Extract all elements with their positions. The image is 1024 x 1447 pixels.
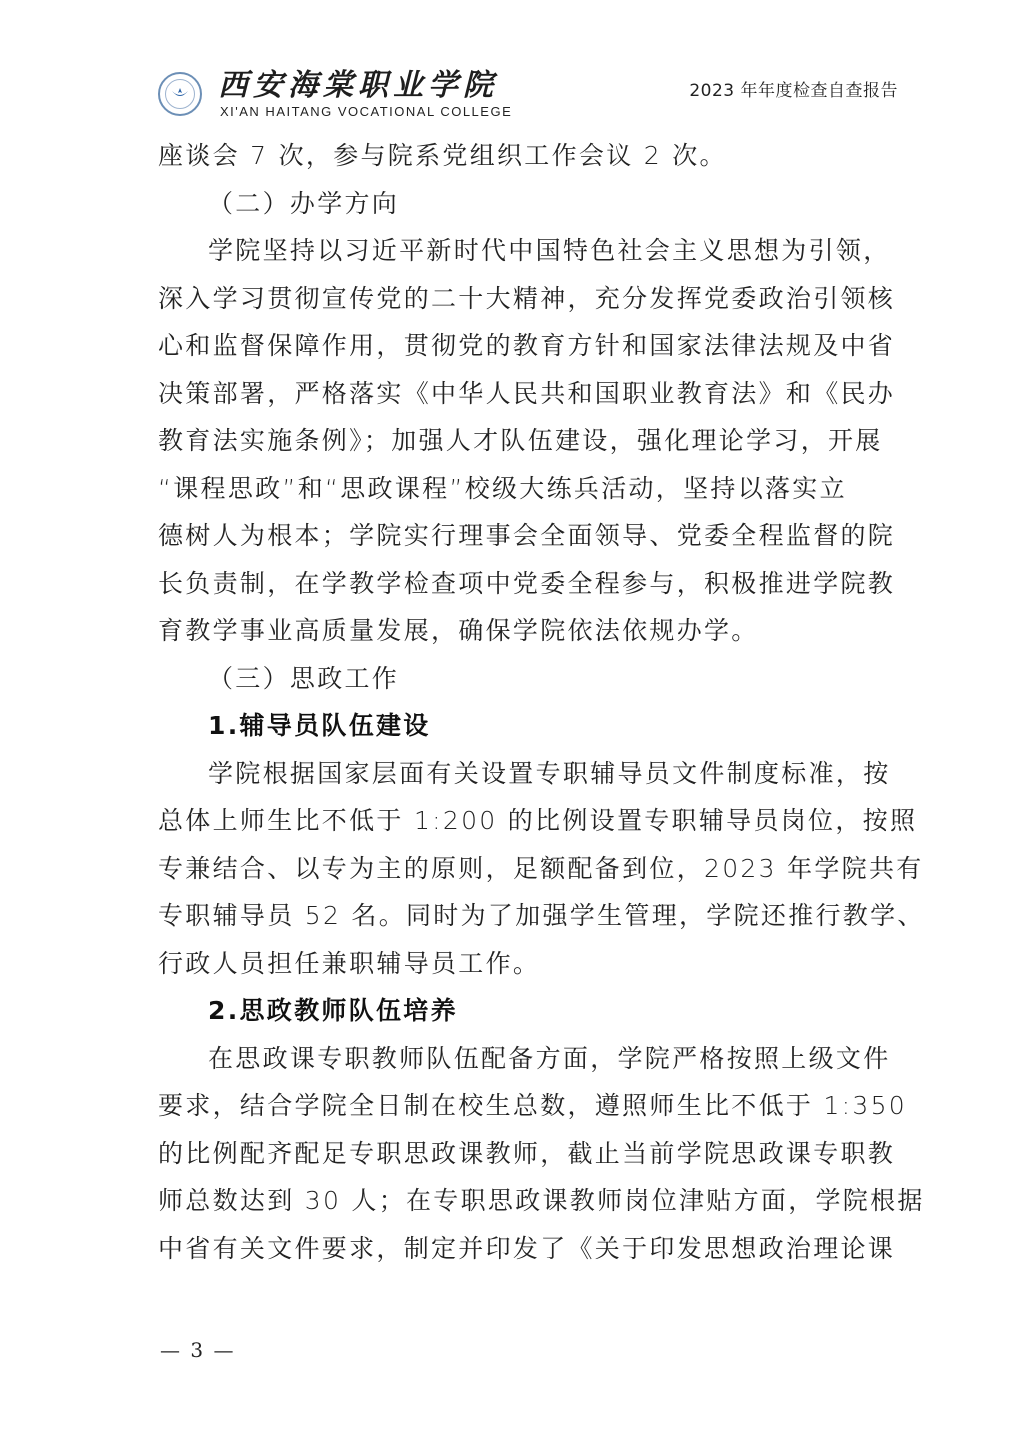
document-body: 座谈会 7 次，参与院系党组织工作会议 2 次。（二）办学方向学院坚持以习近平新… <box>158 132 898 1272</box>
text-line: （二）办学方向 <box>158 180 898 228</box>
text-line: 长负责制，在学教学检查项中党委全程参与，积极推进学院教 <box>158 560 898 608</box>
text-line: 专兼结合、以专为主的原则，足额配备到位，2023 年学院共有 <box>158 845 898 893</box>
text-line: 座谈会 7 次，参与院系党组织工作会议 2 次。 <box>158 132 898 180</box>
subsection-heading: 1.辅导员队伍建设 <box>158 702 898 750</box>
text-line: 行政人员担任兼职辅导员工作。 <box>158 940 898 988</box>
text-line: 总体上师生比不低于 1:200 的比例设置专职辅导员岗位，按照 <box>158 797 898 845</box>
page-header: 西安海棠职业学院 XI'AN HAITANG VOCATIONAL COLLEG… <box>158 68 898 124</box>
text-line: 教育法实施条例》；加强人才队伍建设，强化理论学习，开展 <box>158 417 898 465</box>
text-line: 的比例配齐配足专职思政课教师，截止当前学院思政课专职教 <box>158 1130 898 1178</box>
text-line: 中省有关文件要求，制定并印发了《关于印发思想政治理论课 <box>158 1225 898 1273</box>
text-line: 育教学事业高质量发展，确保学院依法依规办学。 <box>158 607 898 655</box>
text-line: 要求，结合学院全日制在校生总数，遵照师生比不低于 1:350 <box>158 1082 898 1130</box>
subsection-heading: 2.思政教师队伍培养 <box>158 987 898 1035</box>
text-line: 在思政课专职教师队伍配备方面，学院严格按照上级文件 <box>158 1035 898 1083</box>
page-number: — 3 — <box>160 1338 235 1362</box>
college-name-cn: 西安海棠职业学院 <box>218 70 498 102</box>
text-line: 深入学习贯彻宣传党的二十大精神，充分发挥党委政治引领核 <box>158 275 898 323</box>
college-seal-icon <box>158 72 202 116</box>
text-line: 学院坚持以习近平新时代中国特色社会主义思想为引领， <box>158 227 898 275</box>
text-line: 决策部署，严格落实《中华人民共和国职业教育法》和《民办 <box>158 370 898 418</box>
text-line: 专职辅导员 52 名。同时为了加强学生管理，学院还推行教学、 <box>158 892 898 940</box>
text-line: （三）思政工作 <box>158 655 898 703</box>
college-name-en: XI'AN HAITANG VOCATIONAL COLLEGE <box>220 104 512 120</box>
text-line: “课程思政”和“思政课程”校级大练兵活动，坚持以落实立 <box>158 465 898 513</box>
text-line: 心和监督保障作用，贯彻党的教育方针和国家法律法规及中省 <box>158 322 898 370</box>
text-line: 学院根据国家层面有关设置专职辅导员文件制度标准，按 <box>158 750 898 798</box>
report-title: 2023 年年度检查自查报告 <box>689 76 898 101</box>
text-line: 德树人为根本；学院实行理事会全面领导、党委全程监督的院 <box>158 512 898 560</box>
text-line: 师总数达到 30 人；在专职思政课教师岗位津贴方面，学院根据 <box>158 1177 898 1225</box>
